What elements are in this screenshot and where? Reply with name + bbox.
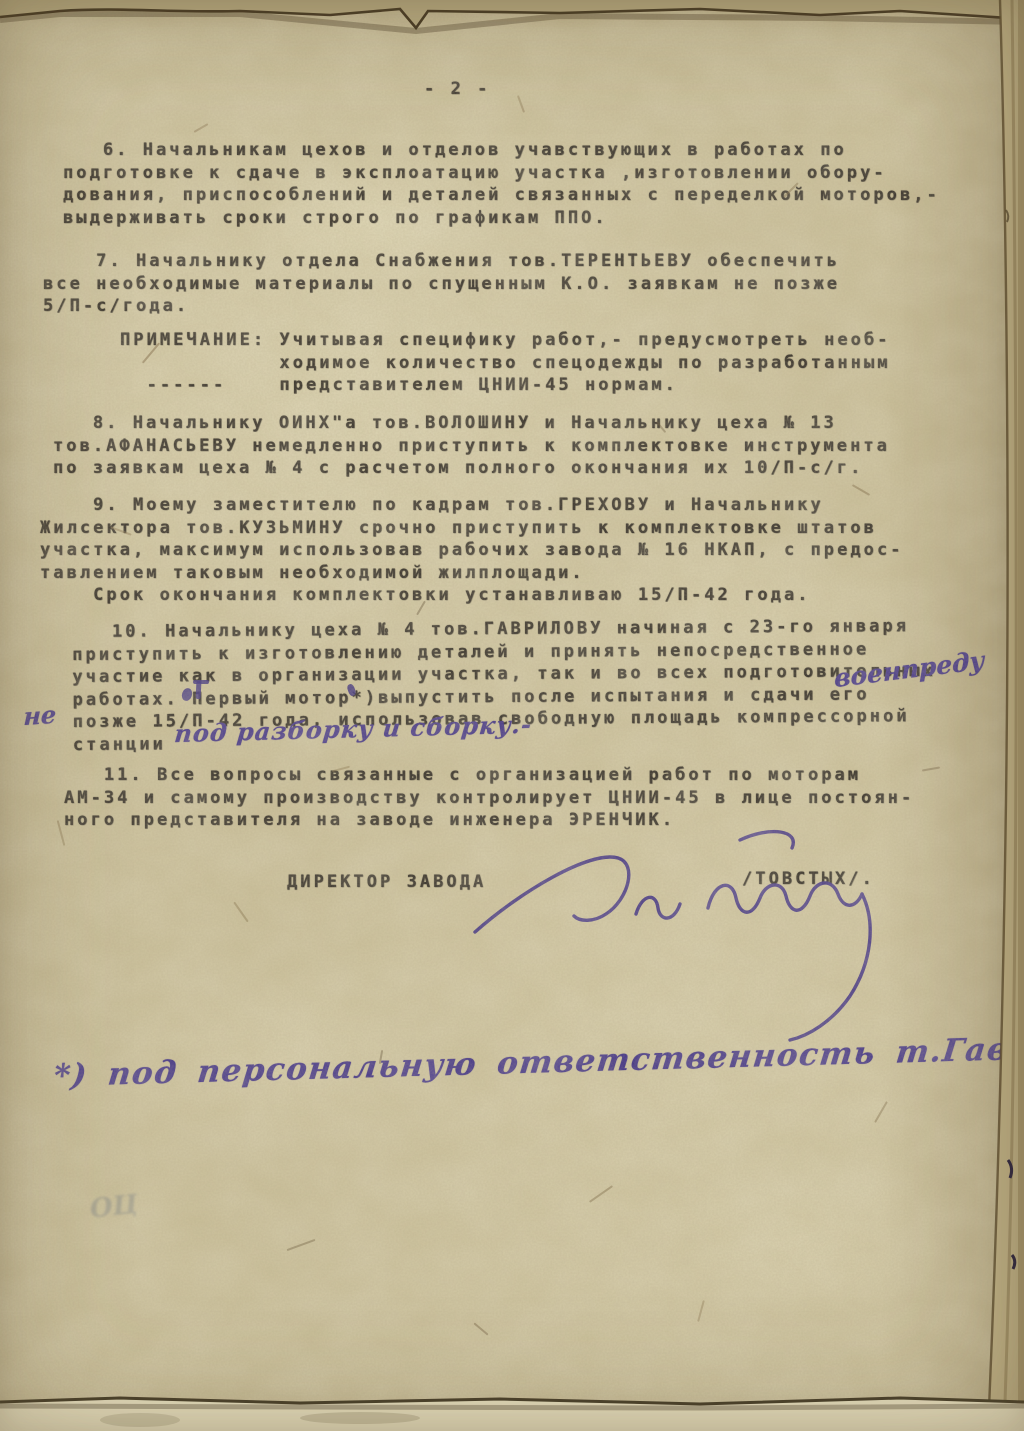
- paragraph-8: 8. Начальнику ОИНХ"а тов.ВОЛОШИНУ и Нача…: [53, 412, 890, 480]
- signature-name: /ТОВСТЫХ/.: [742, 868, 875, 891]
- note-block: ПРИМЕЧАНИЕ: Учитывая специфику работ,- п…: [120, 329, 891, 397]
- paper-page: - 2 - 6. Начальникам цехов и отделов уча…: [0, 0, 1024, 1431]
- paper-fiber: [233, 902, 248, 923]
- paragraph-9: 9. Моему заместителю по кадрам тов.ГРЕХО…: [40, 494, 904, 607]
- paper-fiber: [287, 1239, 316, 1251]
- paper-fiber: [697, 1300, 705, 1322]
- page-top-edge: [0, 0, 1024, 34]
- page-number: - 2 -: [424, 78, 490, 101]
- paper-fiber: [874, 1101, 888, 1123]
- faint-pencil-mark: ОЦ: [89, 1190, 140, 1225]
- ink-overwrite-cap: [193, 680, 209, 684]
- paragraph-6: 6. Начальникам цехов и отделов учавствую…: [63, 139, 940, 229]
- paragraph-7: 7. Начальнику отдела Снабжения тов.ТЕРЕН…: [43, 250, 840, 318]
- paper-fiber: [589, 1185, 613, 1203]
- signature-ink: [440, 822, 910, 1062]
- page-bottom-edge: [0, 1388, 1024, 1431]
- handwritten-margin-left: не: [23, 700, 57, 731]
- paper-fiber: [473, 1322, 488, 1335]
- paper-patch: [660, 1150, 940, 1330]
- paragraph-11: 11. Все вопросы связанные с организацией…: [64, 764, 914, 832]
- paper-fiber: [922, 766, 940, 771]
- signature-role: ДИРЕКТОР ЗАВОДА: [287, 871, 486, 894]
- paper-fiber: [517, 95, 525, 113]
- handwritten-footnote: *) под персональную ответственность т.Га…: [52, 1027, 1024, 1094]
- scanned-document: { "document": { "page_number": "- 2 -", …: [0, 0, 1024, 1431]
- page-right-edge: [960, 0, 1024, 1431]
- paper-fiber: [194, 123, 209, 133]
